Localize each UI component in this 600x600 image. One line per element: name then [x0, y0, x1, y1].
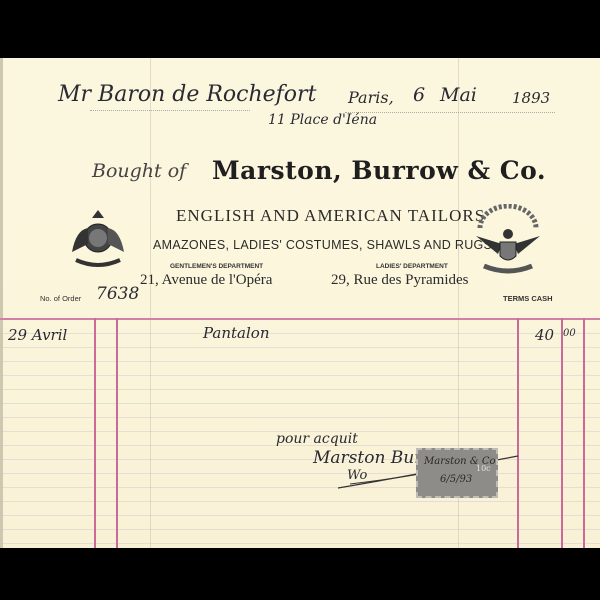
american-eagle-seal-icon: [470, 204, 546, 276]
ladies-dept-label: LADIES' DEPARTMENT: [376, 263, 448, 270]
pour-acquit-text: pour acquit: [276, 431, 358, 447]
terms-label: TERMS CASH: [503, 294, 553, 303]
line-item-description: Pantalon: [203, 324, 269, 342]
order-number: 7638: [96, 284, 139, 304]
ledger-top-rule: [0, 318, 600, 320]
ladies-dept-address: 29, Rue des Pyramides: [331, 272, 468, 289]
recipient-name: Mr Baron de Rochefort: [58, 82, 316, 107]
recipient-underline: [90, 110, 250, 111]
ledger-column-line: [561, 318, 563, 548]
invoice-paper: Mr Baron de Rochefort Paris, 6 Mai 1893 …: [0, 58, 600, 548]
gentlemen-dept-address: 21, Avenue de l'Opéra: [140, 272, 272, 289]
order-number-label: No. of Order: [40, 294, 81, 303]
bought-of-label: Bought of: [92, 160, 186, 182]
company-name: Marston, Burrow & Co.: [212, 156, 546, 185]
tax-stamp-denomination: 10c: [476, 464, 491, 473]
company-products: AMAZONES, LADIES' COSTUMES, SHAWLS AND R…: [153, 238, 492, 252]
date-month: Mai: [440, 84, 477, 106]
recipient-address: 11 Place d'Iéna: [268, 112, 377, 128]
ledger-column-line: [583, 318, 585, 548]
date-year: 1893: [512, 89, 550, 107]
line-item-amount-centimes: 00: [563, 328, 576, 339]
tax-stamp: Marston & Co 6/5/93 10c: [416, 448, 498, 498]
line-item-date: 29 Avril: [8, 326, 67, 344]
date-day: 6: [413, 84, 425, 106]
ledger-column-line: [517, 318, 519, 548]
company-tagline: ENGLISH AND AMERICAN TAILORS: [176, 206, 485, 226]
tax-stamp-date: 6/5/93: [440, 474, 472, 485]
place: Paris,: [348, 88, 394, 107]
ledger-column-line: [94, 318, 96, 548]
line-item-amount-francs: 40: [535, 326, 554, 344]
british-royal-coat-of-arms-icon: [62, 202, 134, 272]
ledger-column-line: [116, 318, 118, 548]
gentlemen-dept-label: GENTLEMEN'S DEPARTMENT: [170, 263, 263, 270]
